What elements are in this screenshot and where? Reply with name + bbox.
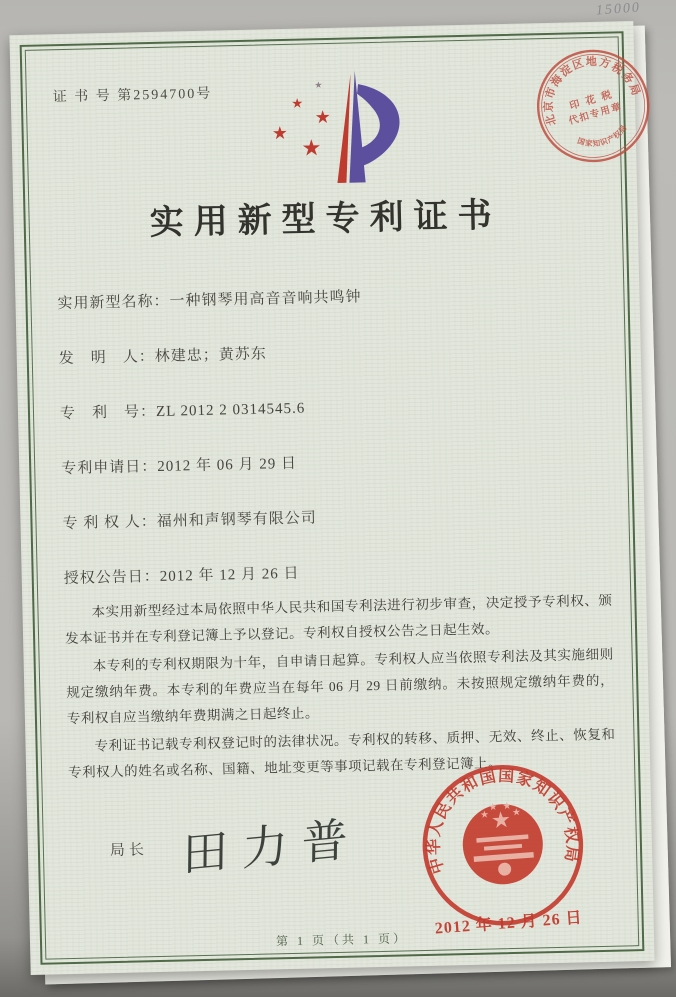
director-signature: 田力普 (182, 816, 362, 879)
field-utility-model-name: 实用新型名称：一种钢琴用高音音响共鸣钟 (57, 280, 603, 316)
field-patentee: 专 利 权 人：福州和声钢琴有限公司 (62, 500, 608, 536)
logo-star-icon (303, 139, 320, 156)
field-label: 发 明 人： (59, 349, 155, 367)
signature-block: 局长 田力普 (109, 822, 362, 874)
director-label: 局长 (110, 838, 148, 860)
handwritten-number: 15000 (595, 0, 641, 19)
field-value: 福州和声钢琴有限公司 (157, 510, 317, 530)
field-grant-date: 授权公告日：2012 年 12 月 26 日 (63, 555, 609, 591)
field-label: 授权公告日： (64, 569, 160, 587)
field-value: 一种钢琴用高音音响共鸣钟 (169, 289, 361, 309)
logo-star-icon (273, 126, 287, 139)
logo-star-icon (315, 81, 322, 88)
paragraph-grant: 本实用新型经过本局依照中华人民共和国专利法进行初步审查，决定授予专利权、颁发本证… (64, 588, 613, 652)
field-label: 专 利 号： (60, 404, 156, 422)
logo-p-bowl (357, 83, 401, 167)
official-seal: 中华人民共和国国家知识产权局 2012 年 12 月 26 日 (396, 743, 613, 987)
cnipa-logo-icon (242, 66, 435, 190)
certificate-sheet: 证 书 号 第2594700号 北京市海淀区地方税务局 (9, 21, 654, 975)
field-patent-number: 专 利 号：ZL 2012 2 0314545.6 (60, 390, 606, 426)
field-label: 专利申请日： (61, 459, 157, 477)
certificate-fields: 实用新型名称：一种钢琴用高音音响共鸣钟 发 明 人：林建忠；黄苏东 专 利 号：… (57, 280, 610, 622)
field-inventors: 发 明 人：林建忠；黄苏东 (59, 335, 605, 371)
certificate-number: 证 书 号 第2594700号 (53, 83, 213, 107)
certificate-title: 实用新型专利证书 (13, 184, 638, 247)
logo-star-icon (316, 110, 330, 123)
field-value: 林建忠；黄苏东 (155, 346, 267, 365)
certificate-photo: 15000 证 书 号 第2594700号 (0, 0, 676, 997)
tax-stamp-bottom-text: 国家知识产权局 (574, 121, 632, 154)
field-label: 实用新型名称： (57, 294, 169, 313)
field-filing-date: 专利申请日：2012 年 06 月 29 日 (61, 445, 607, 481)
logo-star-icon (292, 98, 302, 108)
svg-text:国家知识产权局: 国家知识产权局 (574, 121, 632, 154)
field-label: 专 利 权 人： (62, 514, 157, 532)
field-value: ZL 2012 2 0314545.6 (156, 401, 306, 420)
field-value: 2012 年 12 月 26 日 (160, 566, 300, 585)
national-emblem-icon (460, 799, 546, 887)
paragraph-term-fees: 本专利的专利权期限为十年，自申请日起算。专利权人应当依照专利法及其实施细则规定缴… (65, 642, 615, 732)
field-value: 2012 年 06 月 29 日 (157, 456, 297, 475)
